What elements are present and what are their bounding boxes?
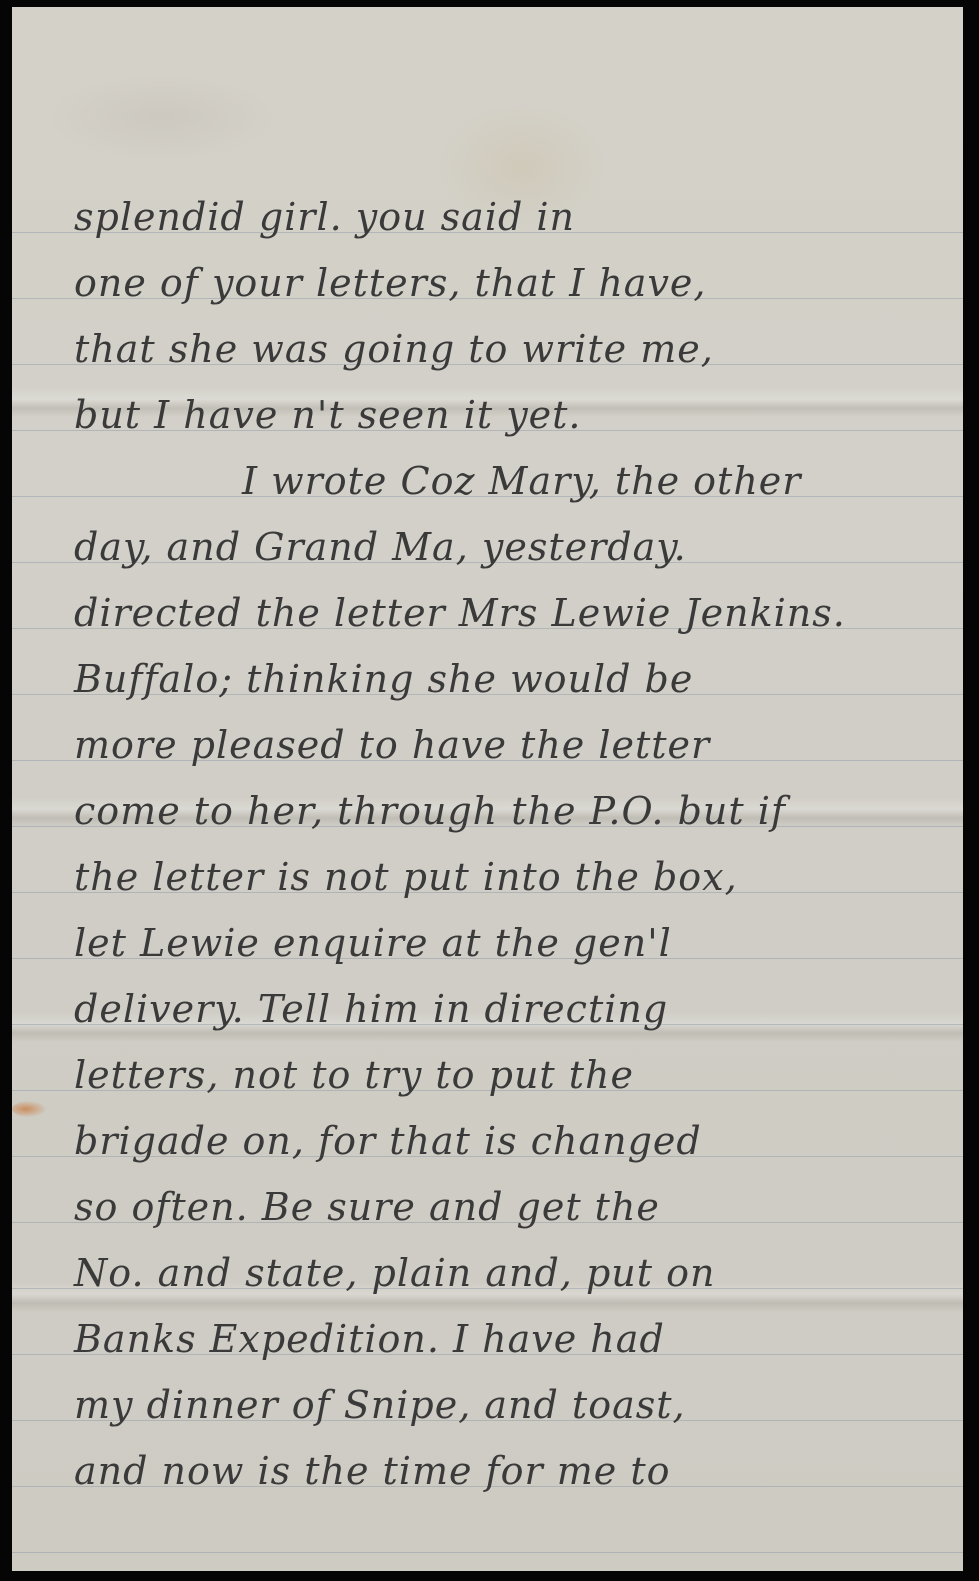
handwritten-line: Buffalo; thinking she would be	[74, 659, 693, 699]
handwritten-line: let Lewie enquire at the gen'l	[74, 923, 672, 963]
ruled-line	[12, 1552, 963, 1553]
handwritten-line: one of your letters, that I have,	[74, 263, 707, 303]
handwritten-line: delivery. Tell him in directing	[74, 989, 668, 1029]
handwritten-line: and now is the time for me to	[74, 1451, 671, 1491]
handwritten-line: brigade on, for that is changed	[74, 1121, 702, 1161]
handwritten-line: letters, not to try to put the	[74, 1055, 634, 1095]
letter-page: splendid girl. you said in one of your l…	[12, 7, 963, 1571]
handwritten-line: more pleased to have the letter	[74, 725, 710, 765]
handwritten-line: day, and Grand Ma, yesterday.	[74, 527, 687, 567]
handwritten-line: No. and state, plain and, put on	[74, 1253, 715, 1293]
handwritten-line: that she was going to write me,	[74, 329, 714, 369]
handwritten-line: directed the letter Mrs Lewie Jenkins.	[74, 593, 846, 633]
handwritten-line: so often. Be sure and get the	[74, 1187, 660, 1227]
handwritten-line: splendid girl. you said in	[74, 197, 575, 237]
handwritten-line: I wrote Coz Mary, the other	[242, 461, 801, 501]
handwritten-line: but I have n't seen it yet.	[74, 395, 582, 435]
handwritten-line: the letter is not put into the box,	[74, 857, 738, 897]
rust-stain	[12, 1101, 46, 1117]
handwritten-line: my dinner of Snipe, and toast,	[74, 1385, 686, 1425]
handwritten-line: come to her, through the P.O. but if	[74, 791, 786, 831]
handwritten-line: Banks Expedition. I have had	[74, 1319, 665, 1359]
